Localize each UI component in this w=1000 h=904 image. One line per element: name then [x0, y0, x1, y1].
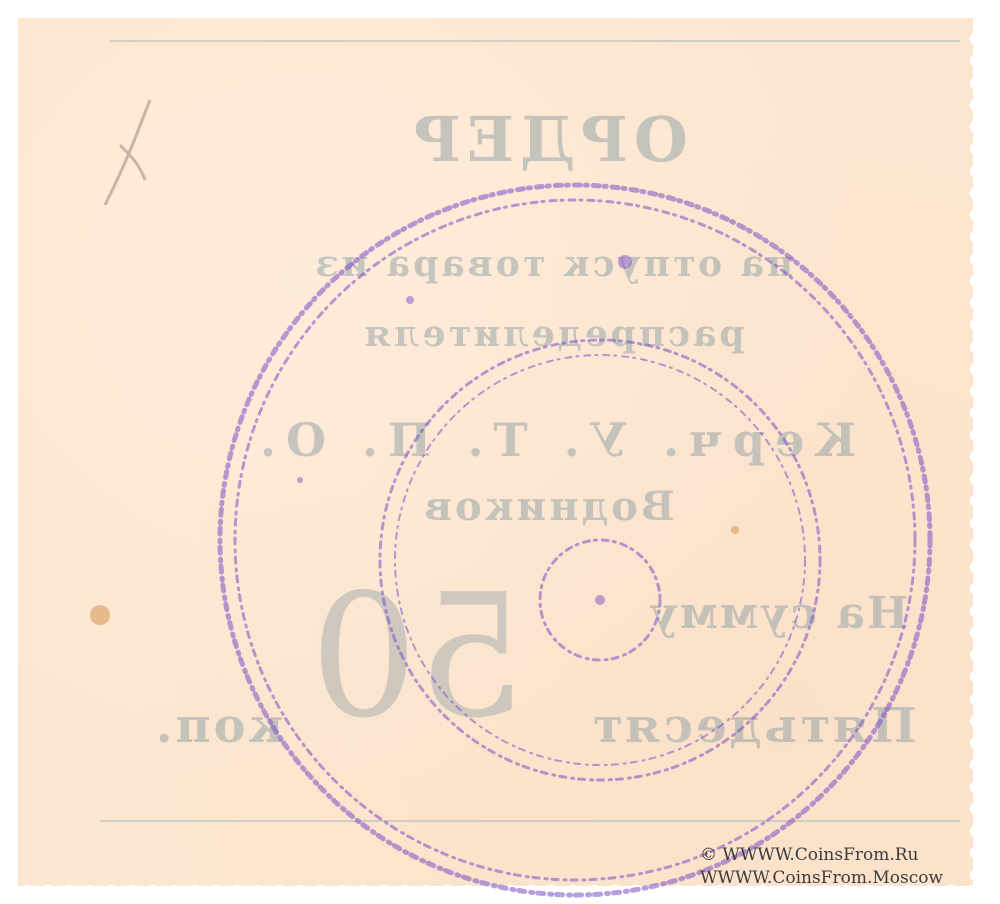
- line-1-text: на отпуск товара из: [228, 243, 878, 285]
- line-4-text: Водников: [373, 483, 723, 530]
- watermark-line-2: WWWW.CoinsFrom.Moscow: [700, 867, 943, 890]
- watermark-line-1: © WWWW.CoinsFrom.Ru: [700, 844, 943, 867]
- watermark: © WWWW.CoinsFrom.Ru WWWW.CoinsFrom.Mosco…: [700, 844, 943, 890]
- line-2-text: распределителя: [228, 313, 878, 355]
- currency-text: коп.: [143, 698, 293, 754]
- amount-words-text: Пятьдесят: [573, 698, 933, 754]
- title-text: ОРДЕР: [393, 103, 703, 176]
- denomination-text: 50: [298, 558, 538, 756]
- line-3-text: Керч. У. Т. П. О.: [228, 413, 878, 467]
- line-5-text: На сумму: [628, 588, 928, 639]
- mirrored-print: ОРДЕР на отпуск товара из распределителя…: [18, 18, 973, 886]
